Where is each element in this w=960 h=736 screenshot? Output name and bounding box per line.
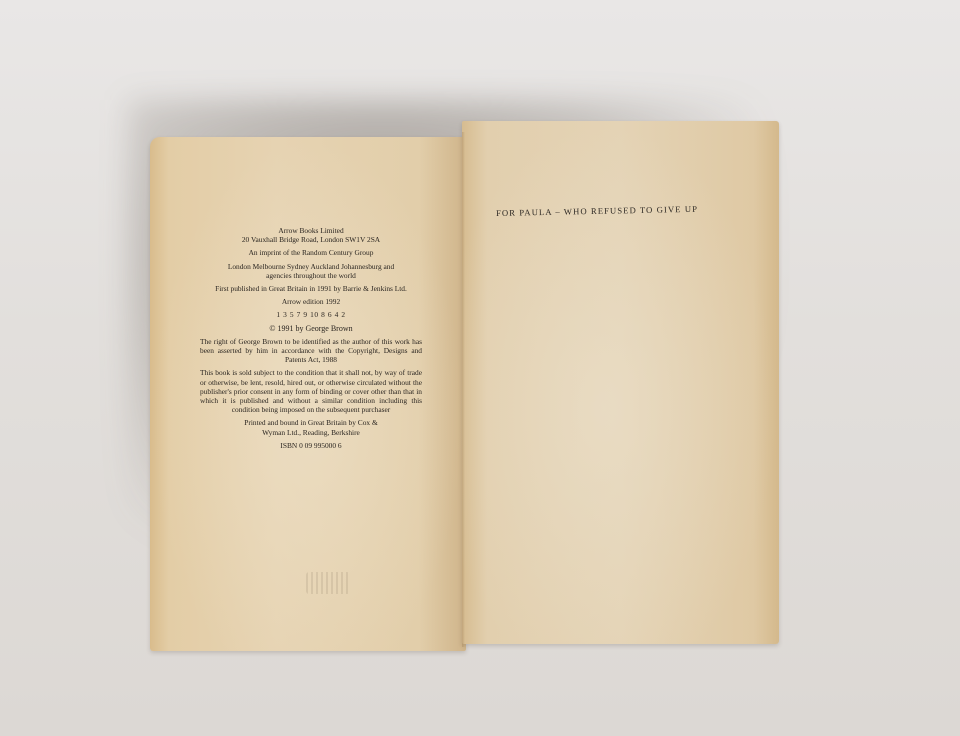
printer-info: Printed and bound in Great Britain by Co… [200, 418, 422, 436]
locations: London Melbourne Sydney Auckland Johanne… [200, 262, 422, 280]
copyright-imprint-block: Arrow Books Limited 20 Vauxhall Bridge R… [200, 226, 422, 454]
first-published: First published in Great Britain in 1991… [190, 284, 432, 293]
print-line: 1 3 5 7 9 10 8 6 4 2 [200, 310, 422, 319]
isbn: ISBN 0 09 995000 6 [200, 441, 422, 450]
edition: Arrow edition 1992 [200, 297, 422, 306]
sale-condition-statement: This book is sold subject to the conditi… [200, 368, 422, 414]
imprint-of: An imprint of the Random Century Group [200, 248, 422, 257]
publisher-name: Arrow Books Limited [278, 226, 343, 235]
book-spine-gutter [462, 132, 465, 647]
copyright-notice: © 1991 by George Brown [200, 324, 422, 333]
publisher-address: 20 Vauxhall Bridge Road, London SW1V 2SA [242, 235, 380, 244]
publisher-block: Arrow Books Limited 20 Vauxhall Bridge R… [200, 226, 422, 244]
moral-rights-statement: The right of George Brown to be identifi… [200, 337, 422, 365]
bleed-through-logo [306, 572, 350, 594]
open-book: Arrow Books Limited 20 Vauxhall Bridge R… [0, 0, 960, 736]
right-page-dedication [462, 121, 779, 644]
